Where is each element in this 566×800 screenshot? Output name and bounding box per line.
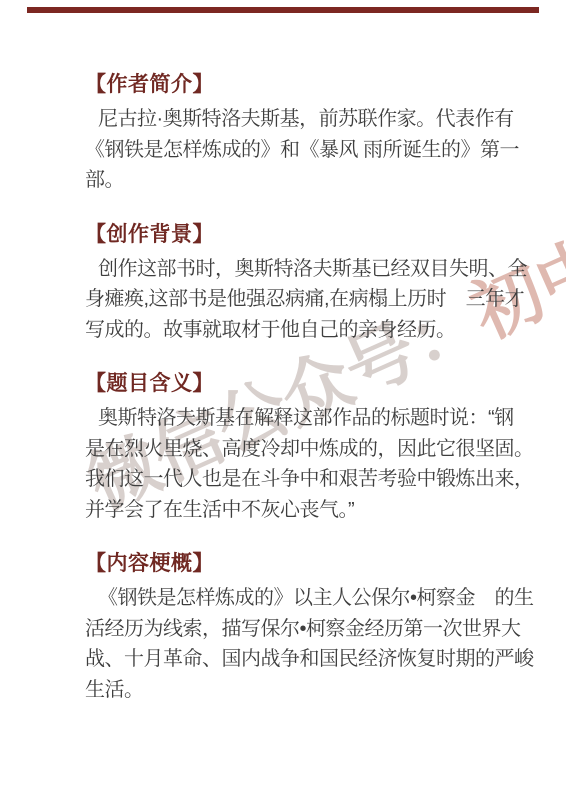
document-content: 【作者简介】 尼古拉·奥斯特洛夫斯基，前苏联作家。代表作有 《钢铁是怎样炼成的》… bbox=[0, 0, 566, 705]
section-content-summary: 【内容梗概】 《钢铁是怎样炼成的》以主人公保尔•柯察金 的生 活经历为线索，描写… bbox=[85, 551, 538, 705]
section-body: 《钢铁是怎样炼成的》以主人公保尔•柯察金 的生 活经历为线索，描写保尔•柯察金经… bbox=[85, 583, 538, 705]
section-author-intro: 【作者简介】 尼古拉·奥斯特洛夫斯基，前苏联作家。代表作有 《钢铁是怎样炼成的》… bbox=[85, 72, 538, 196]
section-heading: 【内容梗概】 bbox=[85, 551, 538, 577]
section-heading: 【创作背景】 bbox=[85, 222, 538, 248]
section-heading: 【题目含义】 bbox=[85, 371, 538, 397]
section-body: 创作这部书时，奥斯特洛夫斯基已经双目失明、全 身瘫痪,这部书是他强忍病痛,在病榻… bbox=[85, 254, 538, 346]
document-page: 微信公众号：初中语文 【作者简介】 尼古拉·奥斯特洛夫斯基，前苏联作家。代表作有… bbox=[0, 0, 566, 800]
section-body: 奥斯特洛夫斯基在解释这部作品的标题时说：“钢 是在烈火里烧、高度冷却中炼成的，因… bbox=[85, 403, 538, 525]
section-heading: 【作者简介】 bbox=[85, 72, 538, 98]
section-creation-background: 【创作背景】 创作这部书时，奥斯特洛夫斯基已经双目失明、全 身瘫痪,这部书是他强… bbox=[85, 222, 538, 346]
section-body: 尼古拉·奥斯特洛夫斯基，前苏联作家。代表作有 《钢铁是怎样炼成的》和《暴风 雨所… bbox=[85, 104, 538, 196]
section-title-meaning: 【题目含义】 奥斯特洛夫斯基在解释这部作品的标题时说：“钢 是在烈火里烧、高度冷… bbox=[85, 371, 538, 525]
